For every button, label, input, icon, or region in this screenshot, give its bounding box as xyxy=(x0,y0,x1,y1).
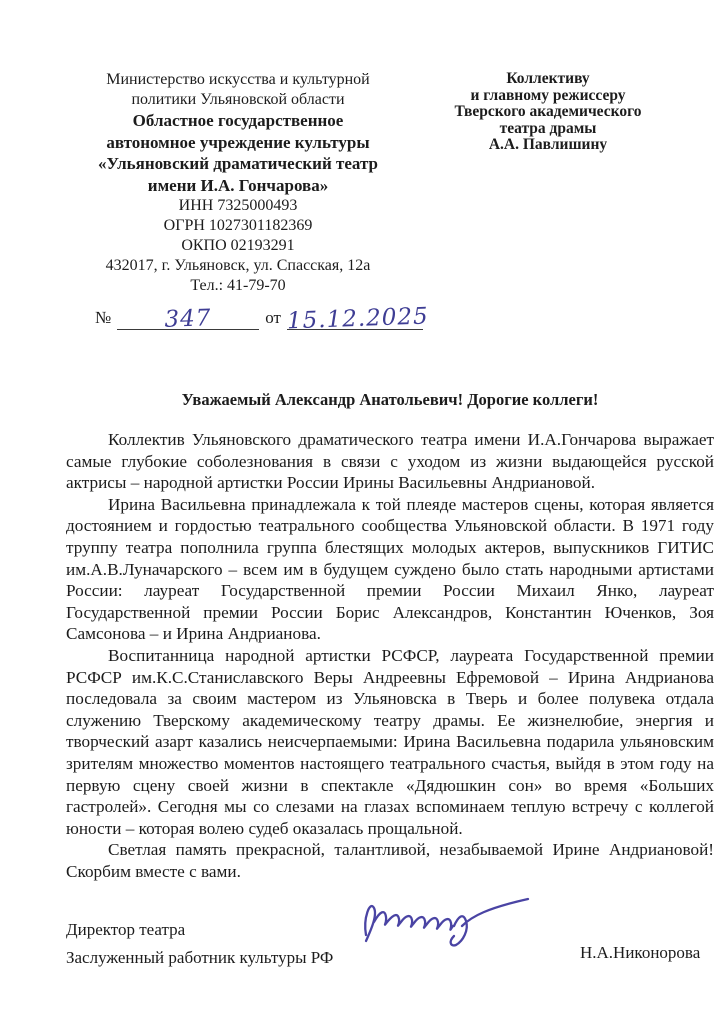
reference-row: № 347 от 15.12.2025 xyxy=(95,306,429,330)
body-paragraph: Светлая память прекрасной, талантливой, … xyxy=(66,839,714,882)
recipient-line: Коллективу xyxy=(428,71,668,88)
sender-ogrn: ОГРН 1027301182369 xyxy=(58,216,418,236)
number-label: № xyxy=(95,308,111,330)
body-paragraph: Ирина Васильевна принадлежала к той плея… xyxy=(66,494,714,645)
signer-typed-name: Н.А.Никонорова xyxy=(580,943,700,963)
signer-title-line: Заслуженный работник культуры РФ xyxy=(66,944,333,972)
salutation: Уважаемый Александр Анатольевич! Дорогие… xyxy=(66,390,714,410)
sender-inn: ИНН 7325000493 xyxy=(58,196,418,216)
recipient-line: театра драмы xyxy=(428,121,668,138)
signer-titles: Директор театра Заслуженный работник кул… xyxy=(66,916,333,971)
number-underline: 347 xyxy=(117,306,259,330)
date-underline: 15.12.2025 xyxy=(287,306,423,330)
sender-org-name-line: имени И.А. Гончарова» xyxy=(58,175,418,197)
sender-ministry-line: политики Ульяновской области xyxy=(58,90,418,110)
sender-address: 432017, г. Ульяновск, ул. Спасская, 12а xyxy=(58,256,418,276)
recipient-line: А.А. Павлишину xyxy=(428,137,668,154)
letter-page: Министерство искусства и культурной поли… xyxy=(0,0,724,1024)
sender-okpo: ОКПО 02193291 xyxy=(58,236,418,256)
sender-header: Министерство искусства и культурной поли… xyxy=(58,70,418,296)
sender-phone: Тел.: 41-79-70 xyxy=(58,276,418,296)
letter-body: Коллектив Ульяновского драматического те… xyxy=(66,429,714,882)
sender-org-name-line: автономное учреждение культуры xyxy=(58,132,418,154)
sender-org-name-line: «Ульяновский драматический театр xyxy=(58,153,418,175)
body-paragraph: Воспитанница народной артистки РСФСР, ла… xyxy=(66,645,714,839)
date-label: от xyxy=(265,308,281,330)
body-paragraph: Коллектив Ульяновского драматического те… xyxy=(66,429,714,494)
signer-title-line: Директор театра xyxy=(66,916,333,944)
recipient-line: Тверского академического xyxy=(428,104,668,121)
handwritten-signature-icon xyxy=(356,886,534,950)
sender-org-name-line: Областное государственное xyxy=(58,110,418,132)
sender-ministry-line: Министерство искусства и культурной xyxy=(58,70,418,90)
handwritten-date: 15.12.2025 xyxy=(287,304,424,335)
recipient-header: Коллективу и главному режиссеру Тверског… xyxy=(428,71,668,154)
recipient-line: и главному режиссеру xyxy=(428,88,668,105)
handwritten-number: 347 xyxy=(117,304,260,335)
